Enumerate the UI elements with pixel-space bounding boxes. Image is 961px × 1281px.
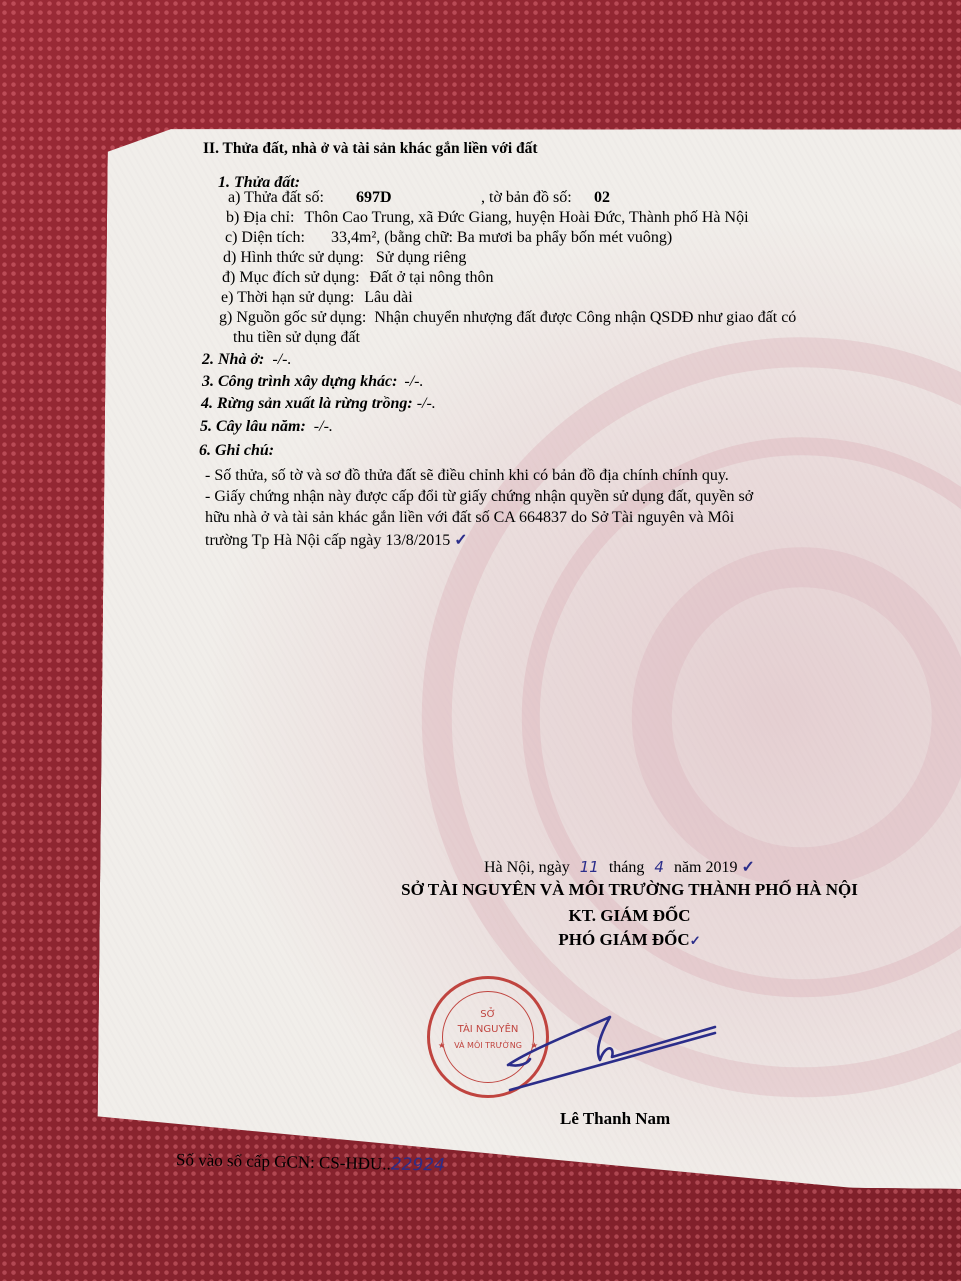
date-month-label: tháng xyxy=(609,859,645,876)
note-1: - Số thửa, số tờ và sơ đồ thửa đất sẽ đi… xyxy=(205,467,729,485)
note-2-line3-row: trường Tp Hà Nội cấp ngày 13/8/2015 ✓ xyxy=(205,530,468,550)
check-mark-icon: ✓ xyxy=(454,532,467,549)
usage-form-row: d) Hình thức sử dụng: Sử dụng riêng xyxy=(223,249,466,267)
house-row: 2. Nhà ở: -/-. xyxy=(202,351,291,369)
perennial-trees-row: 5. Cây lâu năm: -/-. xyxy=(200,418,333,436)
perennial-trees-heading: 5. Cây lâu năm: xyxy=(200,418,306,435)
issuer-line3: PHÓ GIÁM ĐỐC xyxy=(558,930,689,949)
purpose-value: Đất ở tại nông thôn xyxy=(370,269,494,286)
production-forest-heading: 4. Rừng sản xuất là rừng trồng: xyxy=(201,395,413,412)
area-value: 33,4m², (bằng chữ: Ba mươi ba phẩy bốn m… xyxy=(331,229,672,247)
other-construction-row: 3. Công trình xây dựng khác: -/-. xyxy=(202,373,424,391)
production-forest-row: 4. Rừng sản xuất là rừng trồng: -/-. xyxy=(201,395,436,413)
address-label: b) Địa chỉ: xyxy=(226,209,294,226)
registry-number: 22924 xyxy=(391,1155,446,1176)
other-construction-heading: 3. Công trình xây dựng khác: xyxy=(202,373,397,390)
purpose-row: đ) Mục đích sử dụng: Đất ở tại nông thôn xyxy=(222,269,494,287)
term-value: Lâu dài xyxy=(364,289,412,306)
check-mark-icon: ✓ xyxy=(742,859,755,876)
check-mark-icon: ✓ xyxy=(690,933,701,948)
date-day: 11 xyxy=(580,858,599,876)
date-year-label: năm 2019 xyxy=(674,859,738,876)
term-label: e) Thời hạn sử dụng: xyxy=(221,289,354,306)
usage-form-value: Sử dụng riêng xyxy=(376,249,466,266)
issuer-line3-row: PHÓ GIÁM ĐỐC✓ xyxy=(367,930,892,950)
parcel-label: a) Thửa đất số: xyxy=(228,189,324,206)
signature xyxy=(500,1005,730,1095)
other-construction-value: -/-. xyxy=(404,373,423,390)
signer-name: Lê Thanh Nam xyxy=(560,1109,670,1129)
area-row: c) Diện tích: 33,4m², (bằng chữ: Ba mươi… xyxy=(225,229,305,247)
issuer-line2: KT. GIÁM ĐỐC xyxy=(367,906,892,926)
date-line: Hà Nội, ngày 11 tháng 4 năm 2019 ✓ xyxy=(484,857,755,877)
registry-row: Số vào sổ cấp GCN: CS-HĐU..22924 xyxy=(176,1150,445,1176)
parcel-number: 697D xyxy=(356,189,392,207)
issuer-agency: SỞ TÀI NGUYÊN VÀ MÔI TRƯỜNG THÀNH PHỐ HÀ… xyxy=(367,880,892,900)
section-title: II. Thửa đất, nhà ở và tài sản khác gắn … xyxy=(203,140,538,158)
usage-form-label: d) Hình thức sử dụng: xyxy=(223,249,364,266)
address-value: Thôn Cao Trung, xã Đức Giang, huyện Hoài… xyxy=(304,209,748,226)
area-label: c) Diện tích: xyxy=(225,229,305,246)
house-value: -/-. xyxy=(272,351,291,368)
origin-value-line2: thu tiền sử dụng đất xyxy=(233,329,360,347)
notes-heading: 6. Ghi chú: xyxy=(199,442,274,460)
parcel-row: a) Thửa đất số: 697D , tờ bản đồ số: 02 xyxy=(228,189,324,207)
note-2-line2: hữu nhà ở và tài sản khác gắn liền với đ… xyxy=(205,509,734,527)
note-2-line3: trường Tp Hà Nội cấp ngày 13/8/2015 xyxy=(205,532,450,549)
origin-value-line1: Nhận chuyển nhượng đất được Công nhận QS… xyxy=(374,309,796,326)
registry-label: Số vào sổ cấp GCN: CS-HĐU.. xyxy=(176,1150,391,1173)
purpose-label: đ) Mục đích sử dụng: xyxy=(222,269,360,286)
production-forest-value: -/-. xyxy=(417,395,436,412)
date-month: 4 xyxy=(654,858,664,876)
map-sheet-number: 02 xyxy=(594,189,610,207)
note-2-line1: - Giấy chứng nhận này được cấp đổi từ gi… xyxy=(205,488,753,506)
term-row: e) Thời hạn sử dụng: Lâu dài xyxy=(221,289,413,307)
origin-row: g) Nguồn gốc sử dụng: Nhận chuyển nhượng… xyxy=(219,309,796,327)
origin-label: g) Nguồn gốc sử dụng: xyxy=(219,309,366,326)
star-icon: ★ xyxy=(438,1041,445,1050)
perennial-trees-value: -/-. xyxy=(314,418,333,435)
address-row: b) Địa chỉ: Thôn Cao Trung, xã Đức Giang… xyxy=(226,209,749,227)
house-heading: 2. Nhà ở: xyxy=(202,351,264,368)
map-sheet-label: , tờ bản đồ số: xyxy=(481,189,572,207)
date-prefix: Hà Nội, ngày xyxy=(484,859,570,876)
